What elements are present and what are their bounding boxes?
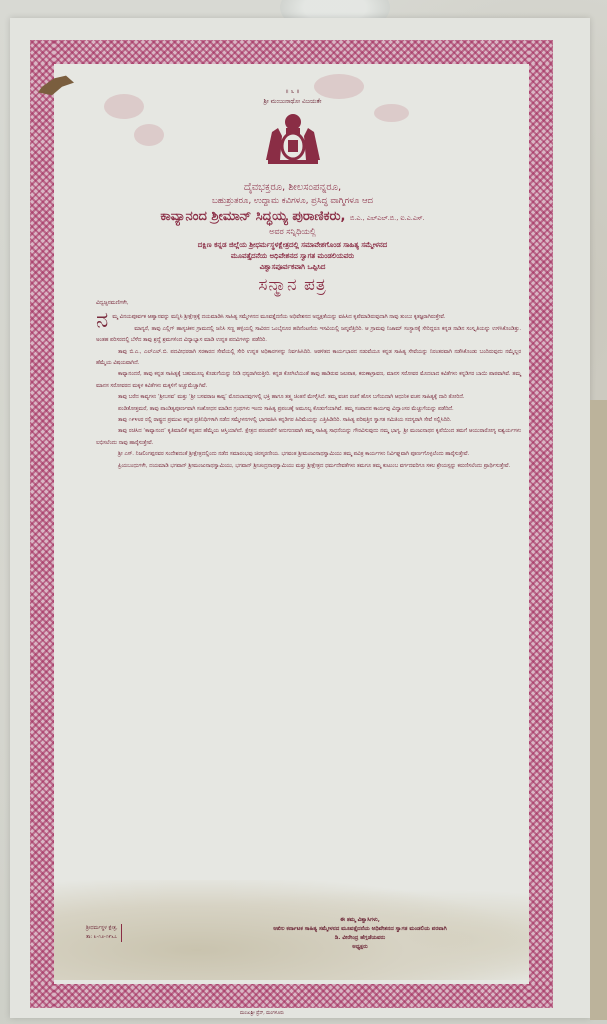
paragraph: ಕಾವ್ಯಾನಂದರೆ, ತಾವು ಕನ್ನಡ ಸಾಹಿತ್ಯಕ್ಕೆ ಬಹುಮ… [96,369,521,392]
honoree-name: ಕಾವ್ಯಾನಂದ ಶ್ರೀಮಾನ್ ಸಿದ್ಧಯ್ಯ ಪುರಾಣಿಕರು, ಬ… [60,209,525,224]
org-line-1: ದಕ್ಷಿಣ ಕನ್ನಡ ಜಿಲ್ಲೆಯ ಶ್ರೀಧರ್ಮಸ್ಥಳಕ್ಷೇತ್ರ… [60,240,525,251]
paragraph: ತಾವು ಬಿ.ಎ., ಎಲ್‌ಎಲ್.ಬಿ. ಪದವೀಧರರಾಗಿ ಸರಕಾರ… [96,347,521,370]
place: ಶ್ರೀಧರ್ಮಸ್ಥಳ ಕ್ಷೇತ್ರ, [86,924,118,933]
org-line-2: ಮೂವತ್ತೈದನೆಯ ಅಧಿವೇಶನದ ಸ್ವಾಗತ ಮಂಡಲಿಯವರು [60,251,525,262]
line-devout: ದೈವಭಕ್ತರೂ, ಶೀಲಸಂಪನ್ನರೂ, [60,182,525,193]
dropcap: ನ [96,312,108,330]
paragraph: ತಾವು ೧೯೪೮ರ ರಲ್ಲಿ ರಾಷ್ಟ್ರದ ಪ್ರಮುಖ ಕನ್ನಡ ಪ… [96,415,521,426]
printer-credit: ಮಂಜುಶ್ರೀ ಪ್ರೆಸ್, ಮಂಗಳೂರು [240,1010,284,1016]
signature-block: ಈ ತಮ್ಮ ವಿಶ್ವಾಸಿಗಳು, ಆಖಿಲ ಕರ್ನಾಟಕ ಸಾಹಿತ್ಯ… [210,916,510,952]
sign-line-3: ಡಿ. ವೀರೇಂದ್ರ ಹೆಗ್ಗಡೆಯವರು [210,934,510,943]
sign-line-2: ಆಖಿಲ ಕರ್ನಾಟಕ ಸಾಹಿತ್ಯ ಸಮ್ಮೇಳನದ ಮೂವತ್ತೈದನೆ… [210,925,510,934]
document-title: ಸನ್ಮಾನ ಪತ್ರ [60,275,525,295]
salutation: ವಿದ್ವಜ್ಜನಮಣಿಗಳೇ, [96,298,521,309]
sign-line-4: ಅಧ್ಯಕ್ಷರು [210,943,510,952]
paragraph: ಪ್ರಿಯಬಂಧುಗಳೇ, ದಯಮಾಡಿ ಭಗವಾನ್ ಶ್ರೀಮಂಜುನಾಥಸ… [96,461,521,472]
paragraph: ಮಾನ್ಯರೆ, ತಾವು ಎಲ್ಲಿಗ್ ಹಾಸ್ಯಚಿಕನ ಗ್ರಾಮದಲ್… [96,324,521,347]
place-date: ಶ್ರೀಧರ್ಮಸ್ಥಳ ಕ್ಷೇತ್ರ, ತಾ: ೩-೧೨-೧೯೬೭ [86,924,122,942]
line-scholarly: ಬಹುಶ್ರುತರೂ, ಉದ್ದಾಮ ಕವಿಗಳೂ, ಪ್ರಸಿದ್ಧ ವಾಗ್… [60,196,525,206]
paragraph: ನಮ್ಮ ವಿನಯಪೂರ್ವಕ ಆಹ್ವಾನವನ್ನು ಮನ್ನಿಸಿ ಶ್ರೀ… [96,312,521,323]
org-line-3: ವಿಶ್ವಾಸಪೂರ್ವಕವಾಗಿ ಒಪ್ಪಿಸಿದ [60,262,525,273]
top-symbol: ॥ ೬ ॥ [60,88,525,96]
state-emblem-icon [258,110,328,170]
sign-line-1: ಈ ತಮ್ಮ ವಿಶ್ವಾಸಿಗಳು, [210,916,510,925]
paragraph: ಶ್ರೀ ಎಸ್. ನಿಜಲಿಂಗಪ್ಪನವರ ಸಂದೇಶದಂತೆ ಶ್ರೀಕ್… [96,449,521,460]
date: ತಾ: ೩-೧೨-೧೯೬೭ [86,933,118,942]
wall-edge [590,400,607,1020]
certificate-header: ॥ ೬ ॥ ಶ್ರೀ ಮಂಜುನಾಥೋ ವಿಜಯತೇ ದೈವಭಕ್ತರೂ, ಶೀ… [60,88,525,295]
paragraph: ತಾವು ಬರೆದ ಕಾವ್ಯಗಳು ‘ಶ್ರೀಬಸವ’ ಮತ್ತು ‘ಶ್ರೀ… [96,392,521,403]
honoree-degrees: ಬಿ.ಎ., ಎಲ್‌ಎಲ್.ಬಿ., ಐ.ಎ.ಎಸ್. [350,214,425,222]
certificate-body: ವಿದ್ವಜ್ಜನಮಣಿಗಳೇ, ನಮ್ಮ ವಿನಯಪೂರ್ವಕ ಆಹ್ವಾನವ… [96,298,521,472]
paragraph: ಪಂಡಿತೋತ್ತಮರೆ, ತಾವು ಪಾಂಡಿತ್ಯಪೂರ್ಣವಾಗಿ ಸಂಶ… [96,404,521,415]
paragraph: ತಾವು ರಚಿಸಿದ ‘ಕಾವ್ಯಾನಂದ’ ಕೃತಿಮಾಲಿಕೆ ಕನ್ನಡ… [96,426,521,449]
presence-line: ಅವರ ಸನ್ನಿಧಿಯಲ್ಲಿ [60,227,525,237]
invocation: ಶ್ರೀ ಮಂಜುನಾಥೋ ವಿಜಯತೇ [60,98,525,106]
